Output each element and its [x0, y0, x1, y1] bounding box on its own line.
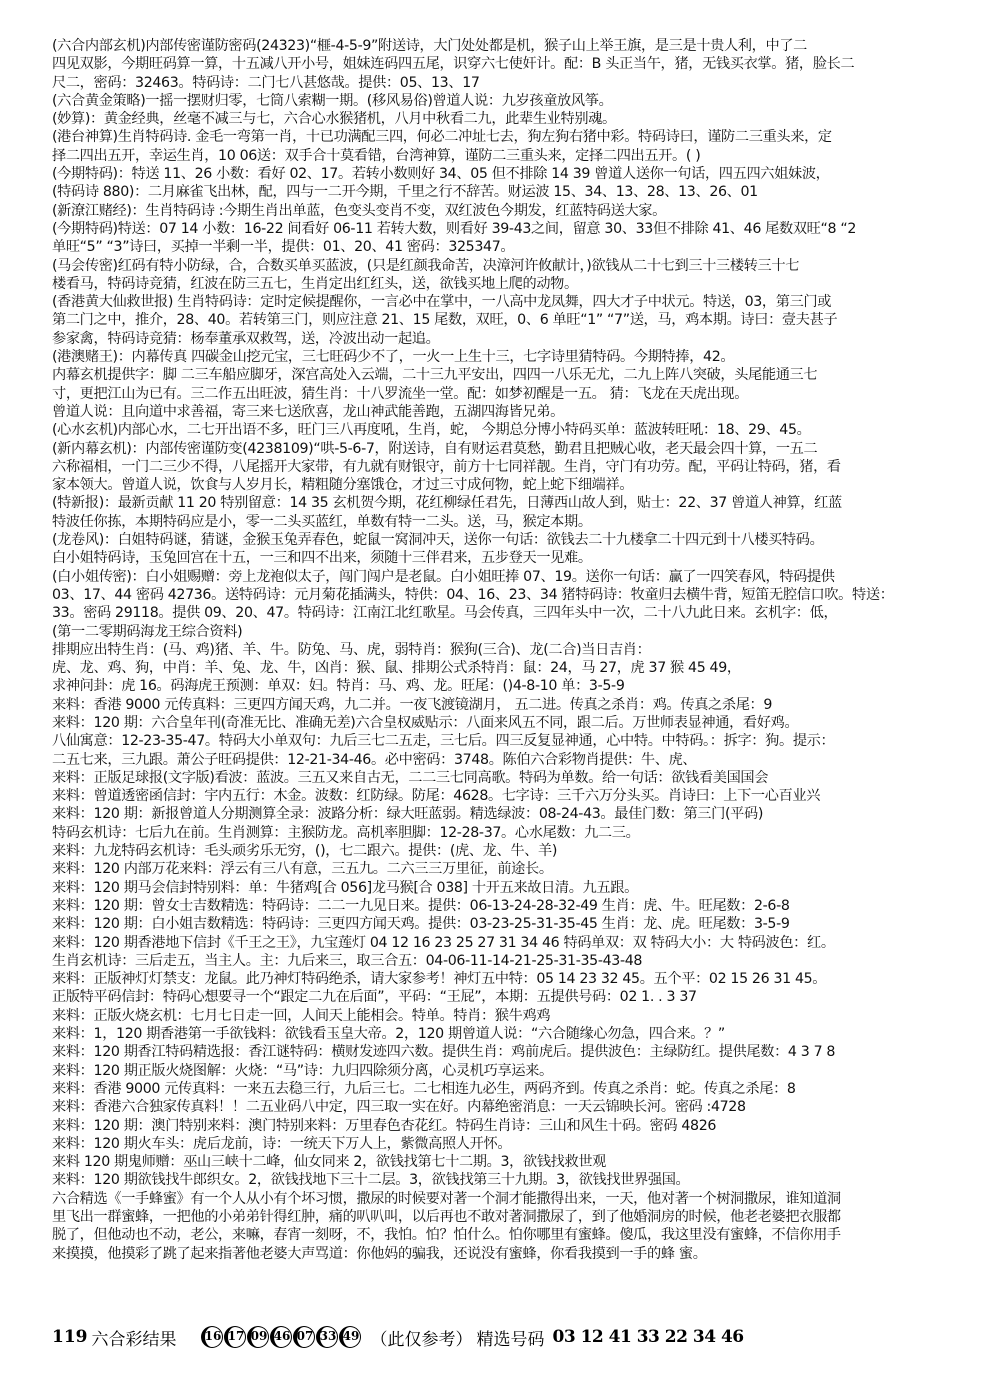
- text-line: 四见双影，今期旺码算一算，十五减八开小号，姐妹连码四五尾，识穿六七使奸计。配：B…: [52, 55, 957, 73]
- text-line: 来料：120 期香港地下信封《千王之王》，九宝莲灯 04 12 16 23 25…: [52, 934, 957, 952]
- result-ball: 46: [270, 1326, 292, 1348]
- text-line: (今期特码)特送：07 14 小数：16-22 间看好 06-11 若转大数，则…: [52, 220, 957, 238]
- text-line: 虎、龙、鸡、狗，中肖：羊、兔、龙、牛，凶肖：猴、鼠、排期公式杀特肖：鼠：24，马…: [52, 659, 957, 677]
- text-line: 内幕玄机提供字：脚 二三车船应脚牙，深宫高处入云端，二十三九平安出，四四一八乐无…: [52, 366, 957, 384]
- text-line: 八仙寓意：12-23-35-47。特码大小单双句：九后三七二五走，三七后。四三反…: [52, 732, 957, 750]
- text-line: 来料：120 期正版火烧图解：火烧：“马”诗：九归四除须分离，心灵机巧享运来。: [52, 1062, 957, 1080]
- reference-note: （此仅参考）: [371, 1325, 473, 1350]
- text-line: 来料：120 期：新报曾道人分期测算全录：波路分析：绿大旺蓝弱。精选绿波：08-…: [52, 805, 957, 823]
- text-line: 里飞出一群蜜蜂，一把他的小弟弟针得红肿，痛的叭叭叫，以后再也不敢对著洞撒尿了，到…: [52, 1208, 957, 1226]
- text-line: 来料：香港 9000 元传真料：三更四方闻天鸡，九二并。一夜飞渡镜湖月， 五二进…: [52, 696, 957, 714]
- text-line: 二五七来，三九跟。萧公子旺码提供：12-21-34-46。必中密码：3748。陈…: [52, 751, 957, 769]
- result-ball: 16: [201, 1326, 223, 1348]
- text-line: (新潦江赌经)：生肖特码诗 :今期生肖出单蓝，色变头变肖不变，双红波色今期发，红…: [52, 202, 957, 220]
- text-line: 尺二，密码：32463。特码诗：二门七八甚悠哉。提供：05、13、17: [52, 74, 957, 92]
- text-line: 来料：120 期：澳门特别来料：澳门特别来料：万里春色杏花红。特码生肖诗：三山和…: [52, 1117, 957, 1135]
- text-line: (港澳赌王)：内幕传真 四碳金山挖元宝，三七旺码少不了，一火一上生十三，七字诗里…: [52, 348, 957, 366]
- results-title: 六合彩结果: [92, 1325, 177, 1350]
- text-line: 正版特平码信封：特码心想要寻一个“跟定二九在后面”，平码：“王屁”，本期：五提供…: [52, 988, 957, 1006]
- text-line: 来料：120 期：曾女士吉数精选：特码诗：二二一九见日来。提供：06-13-24…: [52, 897, 957, 915]
- text-line: 择二四出五开，幸运生肖，10 06送：双手合十莫看错，台湾神算，谨防二三重头来，…: [52, 147, 957, 165]
- text-line: (新内幕玄机)：内部传密谨防变(4238109)“哄-5-6-7，附送诗，自有财…: [52, 440, 957, 458]
- picks-numbers: 03 12 41 33 22 34 46: [553, 1327, 744, 1347]
- text-line: (特码诗 880)：二月麻雀飞出林，配，四与一二开今期，千里之行不辞苦。财运波 …: [52, 183, 957, 201]
- text-line: 白小姐特码诗，玉兔回宫在十五，一三和四不出来，须随十三伴君来，五步登天一见难。: [52, 549, 957, 567]
- text-line: 03、17、44 密码 42736。送特码诗：元月菊花插满头，特供：04、16、…: [52, 586, 957, 604]
- result-ball: 17: [224, 1326, 246, 1348]
- section-heading: (第一二零期码海龙王综合资料): [52, 623, 957, 641]
- text-line: 来摸摸，他摸彩了跳了起来指著他老婆大声骂道：你他妈的骗我，还说没有蜜蜂，你看我摸…: [52, 1245, 957, 1263]
- text-line: (六合内部玄机)内部传密谨防密码(24323)“榧-4-5-9”附送诗，大门处处…: [52, 37, 957, 55]
- text-line: 曾道人说：且向道中求善福，寄三来七送欣喜，龙山神武能善跑，五湖四海皆兄弟。: [52, 403, 957, 421]
- text-line: (港台神算)生肖特码诗. 金毛一弯第一肖，十已功满配三四，何必二冲址七去，狗左狗…: [52, 128, 957, 146]
- text-line: 来料：120 内部万花来料：浮云有三八有意，三五九。二六三三万里征，前途长。: [52, 860, 957, 878]
- text-line: (今期特码)：特送 11、26 小数：看好 02、17。若转小数则好 34、05…: [52, 165, 957, 183]
- result-ball: 07: [293, 1326, 315, 1348]
- text-line: 来料：120 期马会信封特别料：单：牛猪鸡[合 056]龙马猴[合 038] 十…: [52, 879, 957, 897]
- text-line: 来料：正版火烧玄机：七月七日走一回，人间天上能相会。特单。特肖：猴牛鸡鸡: [52, 1007, 957, 1025]
- text-line: 来料：120 期香江特码精选报：香江谜特码：横财发迹四六数。提供生肖：鸡前虎后。…: [52, 1043, 957, 1061]
- text-line: 楼看马，特码诗竞猜，红波在防三五七，生肖定出红红头，送，欲钱买地上爬的动物。: [52, 275, 957, 293]
- text-line: (香港黄大仙救世报) 生肖特码诗：定时定候提醒你，一言必中在掌中，一八高中龙凤舞…: [52, 293, 957, 311]
- text-line: 生肖玄机诗：三后走五，当主人。主：九后来三，取三合五：04-06-11-14-2…: [52, 952, 957, 970]
- results-footer: 119 六合彩结果 16 17 09 46 07 33 49 （此仅参考） 精选…: [52, 1325, 957, 1349]
- text-line: 来料：香港六合独家传真料！！二五业码八中定，四三取一实在好。内幕绝密消息：一天云…: [52, 1098, 957, 1116]
- document-body: (六合内部玄机)内部传密谨防密码(24323)“榧-4-5-9”附送诗，大门处处…: [52, 37, 957, 1281]
- text-line: 参家禽，特码诗竞猜：杨奉董承双救驾，送，冷波出动一起追。: [52, 330, 957, 348]
- text-line: (特新报)：最新贡献 11 20 特别留意：14 35 玄机贺今期，花红柳绿任君…: [52, 494, 957, 512]
- text-line: 来料：正版足球报(文字版)看波：蓝波。三五又来自古无，二二三七同高歌。特码为单数…: [52, 769, 957, 787]
- picks-label: 精选号码: [477, 1325, 545, 1350]
- text-line: 特码玄机诗：七后九在前。生肖测算：主猴防龙。高机率胆脚：12-28-37。心水尾…: [52, 824, 957, 842]
- result-balls: 16 17 09 46 07 33 49: [201, 1326, 361, 1348]
- text-line: 寸，更把江山为已有。三二作五出旺波，猜生肖：十八罗流坐一堂。配：如梦初醒是一五。…: [52, 385, 957, 403]
- text-line: 来料 120 期鬼师赠：巫山三峡十二峰，仙女同来 2，欲钱找第七十二期。3，欲钱…: [52, 1153, 957, 1171]
- result-ball: 33: [316, 1326, 338, 1348]
- text-line: 家本领大。曾道人说，饮食与人岁月长，精粗随分塞饿仓，才过三寸成何物，蛇上蛇下细端…: [52, 476, 957, 494]
- text-line: 来料：香港 9000 元传真料：一来五去稳三行，九后三七。二七相连九必生，两码齐…: [52, 1080, 957, 1098]
- text-line: (龙卷风)：白姐特码谜，猜谜，金猴玉兔弄春色，蛇鼠一窝洞冲天，送你一句话：欲钱去…: [52, 531, 957, 549]
- text-line: 来料：120 期火车头：虎后龙前，诗：一统天下万人上，紫微高照人开怀。: [52, 1135, 957, 1153]
- text-line: 来料：120 期：六合皇年刊(奇准无比、准确无差)六合皇权威贴示：八面来风五不同…: [52, 714, 957, 732]
- text-line: 脱了，但他动也不动，老公，来嘛，春宵一刻呀，不，我怕。怕？怕什么。怕你哪里有蜜蜂…: [52, 1226, 957, 1244]
- text-line: (马会传密)红码有特小防绿，合，合数买单买蓝波，(只是红颜我命苦，决漳河许攸献计…: [52, 257, 957, 275]
- text-line: 来料：曾道透密函信封：宇内五行：木金。波数：红防绿。防尾：4628。七字诗：三千…: [52, 787, 957, 805]
- text-line: 求神问卦：虎 16。码海虎王预测：单双：妇。特肖：马、鸡、龙。旺尾：()4-8-…: [52, 677, 957, 695]
- text-line: 来料：120 期：白小姐吉数精选：特码诗：三更四方闻天鸡。提供：03-23-25…: [52, 915, 957, 933]
- text-line: 六称福相，一门二三少不得，八尾摇开大家带，有九就有财银守，前方十七同祥靓。生肖，…: [52, 458, 957, 476]
- text-line: 来料：120 期欲钱找牛郎织女。2，欲钱找地下三十二层。3，欲钱找第三十九期。3…: [52, 1171, 957, 1189]
- result-ball: 09: [247, 1326, 269, 1348]
- text-line: (白小姐传密)：白小姐赐赠：旁上龙袍似太子，闯门闯户是老鼠。白小姐旺捧 07、1…: [52, 568, 957, 586]
- text-line: 来料：1，120 期香港第一手欲钱料：欲钱看玉皇大帝。2，120 期曾道人说：“…: [52, 1025, 957, 1043]
- text-line: 排期应出特生肖：(马、鸡)猪、羊、牛。防兔、马、虎，弱特肖：猴狗(三合)、龙(二…: [52, 641, 957, 659]
- text-line: [52, 1263, 957, 1281]
- text-line: 单旺“5” “3”诗曰，买掉一半剩一半，提供：01、20、41 密码：32534…: [52, 238, 957, 256]
- text-line: 特波任你拣，本期特码应是小，零一二头买蓝红，单数有特一二头。送，马，猴定本期。: [52, 513, 957, 531]
- text-line: (妙算)：黄金经典，丝毫不减三与七，六合心水猴猪机，八月中秋看二九，此辈生业特别…: [52, 110, 957, 128]
- text-line: (六合黄金策略)一摇一摆财归零，七筒八索糊一期。(移风易俗)曾道人说：九岁孩童放…: [52, 92, 957, 110]
- text-line: 第二门之中，推介，28、40。若转第三门，则应注意 21、15 尾数，双旺，0、…: [52, 311, 957, 329]
- result-ball: 49: [339, 1326, 361, 1348]
- text-line: 来料：正版神灯灯禁支：龙鼠。此乃神灯特码绝杀，请大家参考！神灯五中特：05 14…: [52, 970, 957, 988]
- text-line: 33。密码 29118。提供 09、20、47。特码诗：江南江北红歌星。马会传真…: [52, 604, 957, 622]
- text-line: 来料：九龙特码玄机诗：毛头顽劣乐无穷，()，七二跟六。提供：(虎、龙、牛、羊): [52, 842, 957, 860]
- text-line: 六合精选《一手蜂蜜》有一个人从小有个坏习惯，撒尿的时候要对著一个洞才能撒得出来，…: [52, 1190, 957, 1208]
- text-line: (心水玄机)内部心水，二七开出语不多，旺门三八再度吼，生肖，蛇， 今期总分博小特…: [52, 421, 957, 439]
- issue-number: 119: [52, 1327, 88, 1347]
